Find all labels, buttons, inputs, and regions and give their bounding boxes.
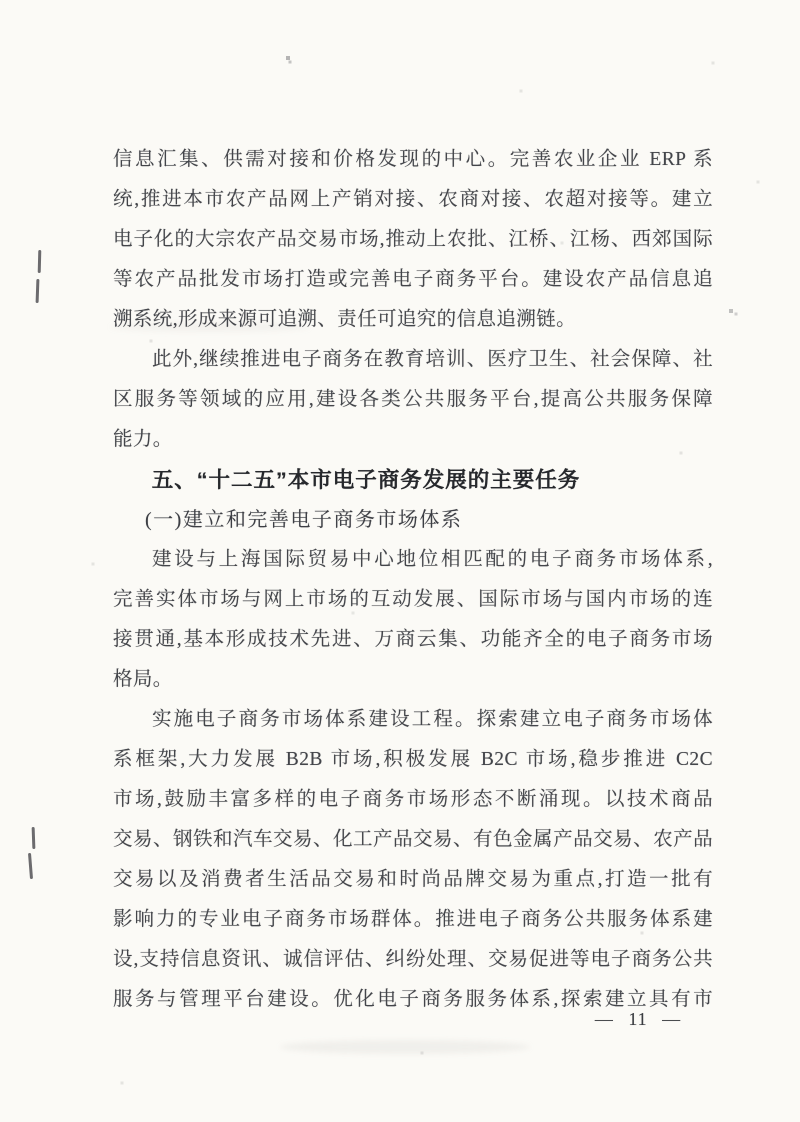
paragraph-line: 能力。	[113, 420, 713, 460]
paragraph-line: 实施电子商务市场体系建设工程。探索建立电子商务市场体	[113, 700, 713, 740]
paragraph-agriculture-ecommerce: 信息汇集、供需对接和价格发现的中心。完善农业企业 ERP 系统,推进本市农产品网…	[113, 140, 713, 340]
paragraph-line: 此外,继续推进电子商务在教育培训、医疗卫生、社会保障、社	[113, 340, 713, 380]
binding-mark	[32, 827, 36, 849]
paragraph-line: 设,支持信息资讯、诚信评估、纠纷处理、交易促进等电子商务公共	[113, 940, 713, 980]
paragraph-line: 交易以及消费者生活品交易和时尚品牌交易为重点,打造一批有	[113, 860, 713, 900]
paragraph-market-system-project: 实施电子商务市场体系建设工程。探索建立电子商务市场体系框架,大力发展 B2B 市…	[113, 700, 713, 1020]
paragraph-line: 等农产品批发市场打造或完善电子商务平台。建设农产品信息追	[113, 260, 713, 300]
subsection-heading-one: (一)建立和完善电子商务市场体系	[113, 500, 713, 540]
paragraph-public-services: 此外,继续推进电子商务在教育培训、医疗卫生、社会保障、社区服务等领域的应用,建设…	[113, 340, 713, 460]
paragraph-line: 系框架,大力发展 B2B 市场,积极发展 B2C 市场,稳步推进 C2C	[113, 740, 713, 780]
subheading-text: (一)建立和完善电子商务市场体系	[113, 500, 713, 540]
paragraph-line: 建设与上海国际贸易中心地位相匹配的电子商务市场体系,	[113, 540, 713, 580]
scan-smudge	[280, 1040, 530, 1054]
paragraph-line: 影响力的专业电子商务市场群体。推进电子商务公共服务体系建	[113, 900, 713, 940]
paragraph-line: 完善实体市场与网上市场的互动发展、国际市场与国内市场的连	[113, 580, 713, 620]
document-body: 信息汇集、供需对接和价格发现的中心。完善农业企业 ERP 系统,推进本市农产品网…	[113, 140, 713, 1020]
paragraph-line: 格局。	[113, 660, 713, 700]
binding-mark	[38, 250, 42, 273]
section-heading-five: 五、“十二五”本市电子商务发展的主要任务	[113, 460, 713, 500]
paragraph-line: 信息汇集、供需对接和价格发现的中心。完善农业企业 ERP 系	[113, 140, 713, 180]
binding-mark	[28, 853, 33, 879]
paragraph-market-system-goal: 建设与上海国际贸易中心地位相匹配的电子商务市场体系,完善实体市场与网上市场的互动…	[113, 540, 713, 700]
paragraph-line: 接贯通,基本形成技术先进、万商云集、功能齐全的电子商务市场	[113, 620, 713, 660]
heading-text: 五、“十二五”本市电子商务发展的主要任务	[113, 460, 713, 500]
paragraph-line: 统,推进本市农产品网上产销对接、农商对接、农超对接等。建立	[113, 180, 713, 220]
binding-mark	[36, 279, 40, 303]
paragraph-line: 电子化的大宗农产品交易市场,推动上农批、江桥、江杨、西郊国际	[113, 220, 713, 260]
paragraph-line: 溯系统,形成来源可追溯、责任可追究的信息追溯链。	[113, 300, 713, 340]
scan-noise	[0, 0, 2, 2]
paragraph-line: 市场,鼓励丰富多样的电子商务市场形态不断涌现。以技术商品	[113, 780, 713, 820]
paragraph-line: 区服务等领域的应用,建设各类公共服务平台,提高公共服务保障	[113, 380, 713, 420]
scanned-document-page: 信息汇集、供需对接和价格发现的中心。完善农业企业 ERP 系统,推进本市农产品网…	[0, 0, 800, 1122]
page-number: — 11 —	[578, 1004, 698, 1034]
paragraph-line: 交易、钢铁和汽车交易、化工产品交易、有色金属产品交易、农产品	[113, 820, 713, 860]
